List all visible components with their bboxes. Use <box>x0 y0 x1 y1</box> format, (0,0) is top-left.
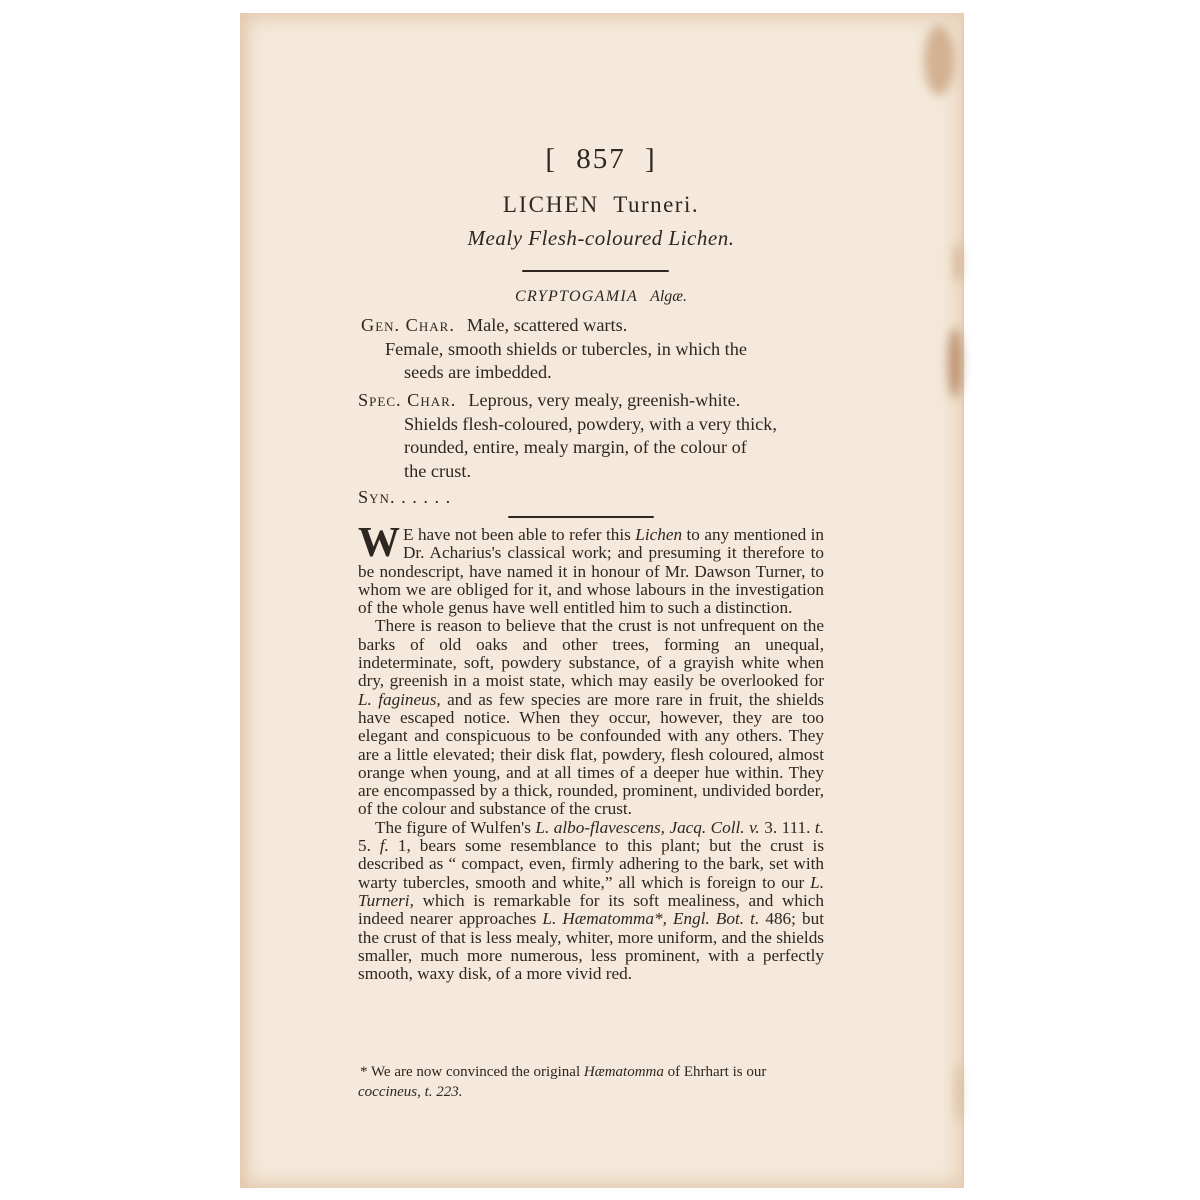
divider-rule <box>522 270 669 272</box>
gen-char-female-cont: seeds are imbedded. <box>358 361 828 385</box>
paragraph: There is reason to believe that the crus… <box>358 617 824 818</box>
italic-run: Lichen <box>635 525 682 544</box>
common-name: Mealy Flesh-coloured Lichen. <box>240 226 962 251</box>
italic-run: Hæmatomma <box>584 1064 664 1080</box>
gen-char-label: Gen. Char. <box>361 315 455 335</box>
italic-run: f. <box>380 836 389 855</box>
spec-char-text: Shields flesh-coloured, powdery, with a … <box>358 413 828 437</box>
text-run: The figure of Wulfen's <box>375 818 535 837</box>
spec-char-text: rounded, entire, mealy margin, of the co… <box>358 436 828 460</box>
footnote: * We are now convinced the original Hæma… <box>360 1062 822 1102</box>
title-genus: LICHEN <box>503 192 599 217</box>
stain-mark <box>948 328 962 398</box>
paragraph: The figure of Wulfen's L. albo-flavescen… <box>358 819 824 984</box>
plate-title: LICHENTurneri. <box>240 192 962 218</box>
paragraph: WE have not been able to refer this Lich… <box>358 526 824 617</box>
spec-char-label: Spec. Char. <box>358 390 456 410</box>
italic-run: L. fagineus, <box>358 690 441 709</box>
specific-character: Spec. Char.Leprous, very mealy, greenish… <box>358 389 828 483</box>
text-run: 5. <box>358 836 380 855</box>
gen-char-line: Gen. Char.Male, scattered warts. <box>361 314 828 338</box>
italic-run: t. <box>815 818 824 837</box>
generic-character: Gen. Char.Male, scattered warts. Female,… <box>358 314 828 385</box>
text-run: of Ehrhart is our <box>664 1064 766 1080</box>
italic-run: L. albo-flavescens, Jacq. Coll. v. <box>535 818 759 837</box>
text-run: E have not been able to refer this <box>403 525 635 544</box>
text-run: and as few species are more rare in frui… <box>358 690 824 819</box>
gen-char-female: Female, smooth shields or tubercles, in … <box>358 338 828 362</box>
syn-label: Syn. . . . . . <box>358 487 451 507</box>
drop-cap: W <box>358 528 400 558</box>
stain-mark <box>956 1063 962 1123</box>
italic-run: L. Hæmatomma*, Engl. Bot. t. <box>542 909 759 928</box>
stain-mark <box>924 25 954 95</box>
text-run: * We are now convinced the original <box>360 1064 584 1080</box>
text-run: 3. 111. <box>760 818 815 837</box>
classification: CRYPTOGAMIAAlgæ. <box>240 288 962 306</box>
order-name: Algæ. <box>650 288 687 305</box>
spec-char-text: the crust. <box>358 460 828 484</box>
gen-char-male: Male, scattered warts. <box>467 315 627 335</box>
page-number: [ 857 ] <box>240 143 962 176</box>
divider-rule <box>508 516 654 518</box>
spec-char-text: Leprous, very mealy, greenish-white. <box>468 390 740 410</box>
text-run: There is reason to believe that the crus… <box>358 616 824 690</box>
class-name: CRYPTOGAMIA <box>515 288 638 305</box>
title-species: Turneri. <box>613 192 699 217</box>
synonyms: Syn. . . . . . <box>358 486 828 510</box>
text-run: 1, bears some resemblance to this plant;… <box>358 836 824 892</box>
description-text: WE have not been able to refer this Lich… <box>358 526 824 983</box>
spec-char-line: Spec. Char.Leprous, very mealy, greenish… <box>358 389 828 413</box>
footnote-line: coccineus, t. 223. <box>358 1082 822 1102</box>
